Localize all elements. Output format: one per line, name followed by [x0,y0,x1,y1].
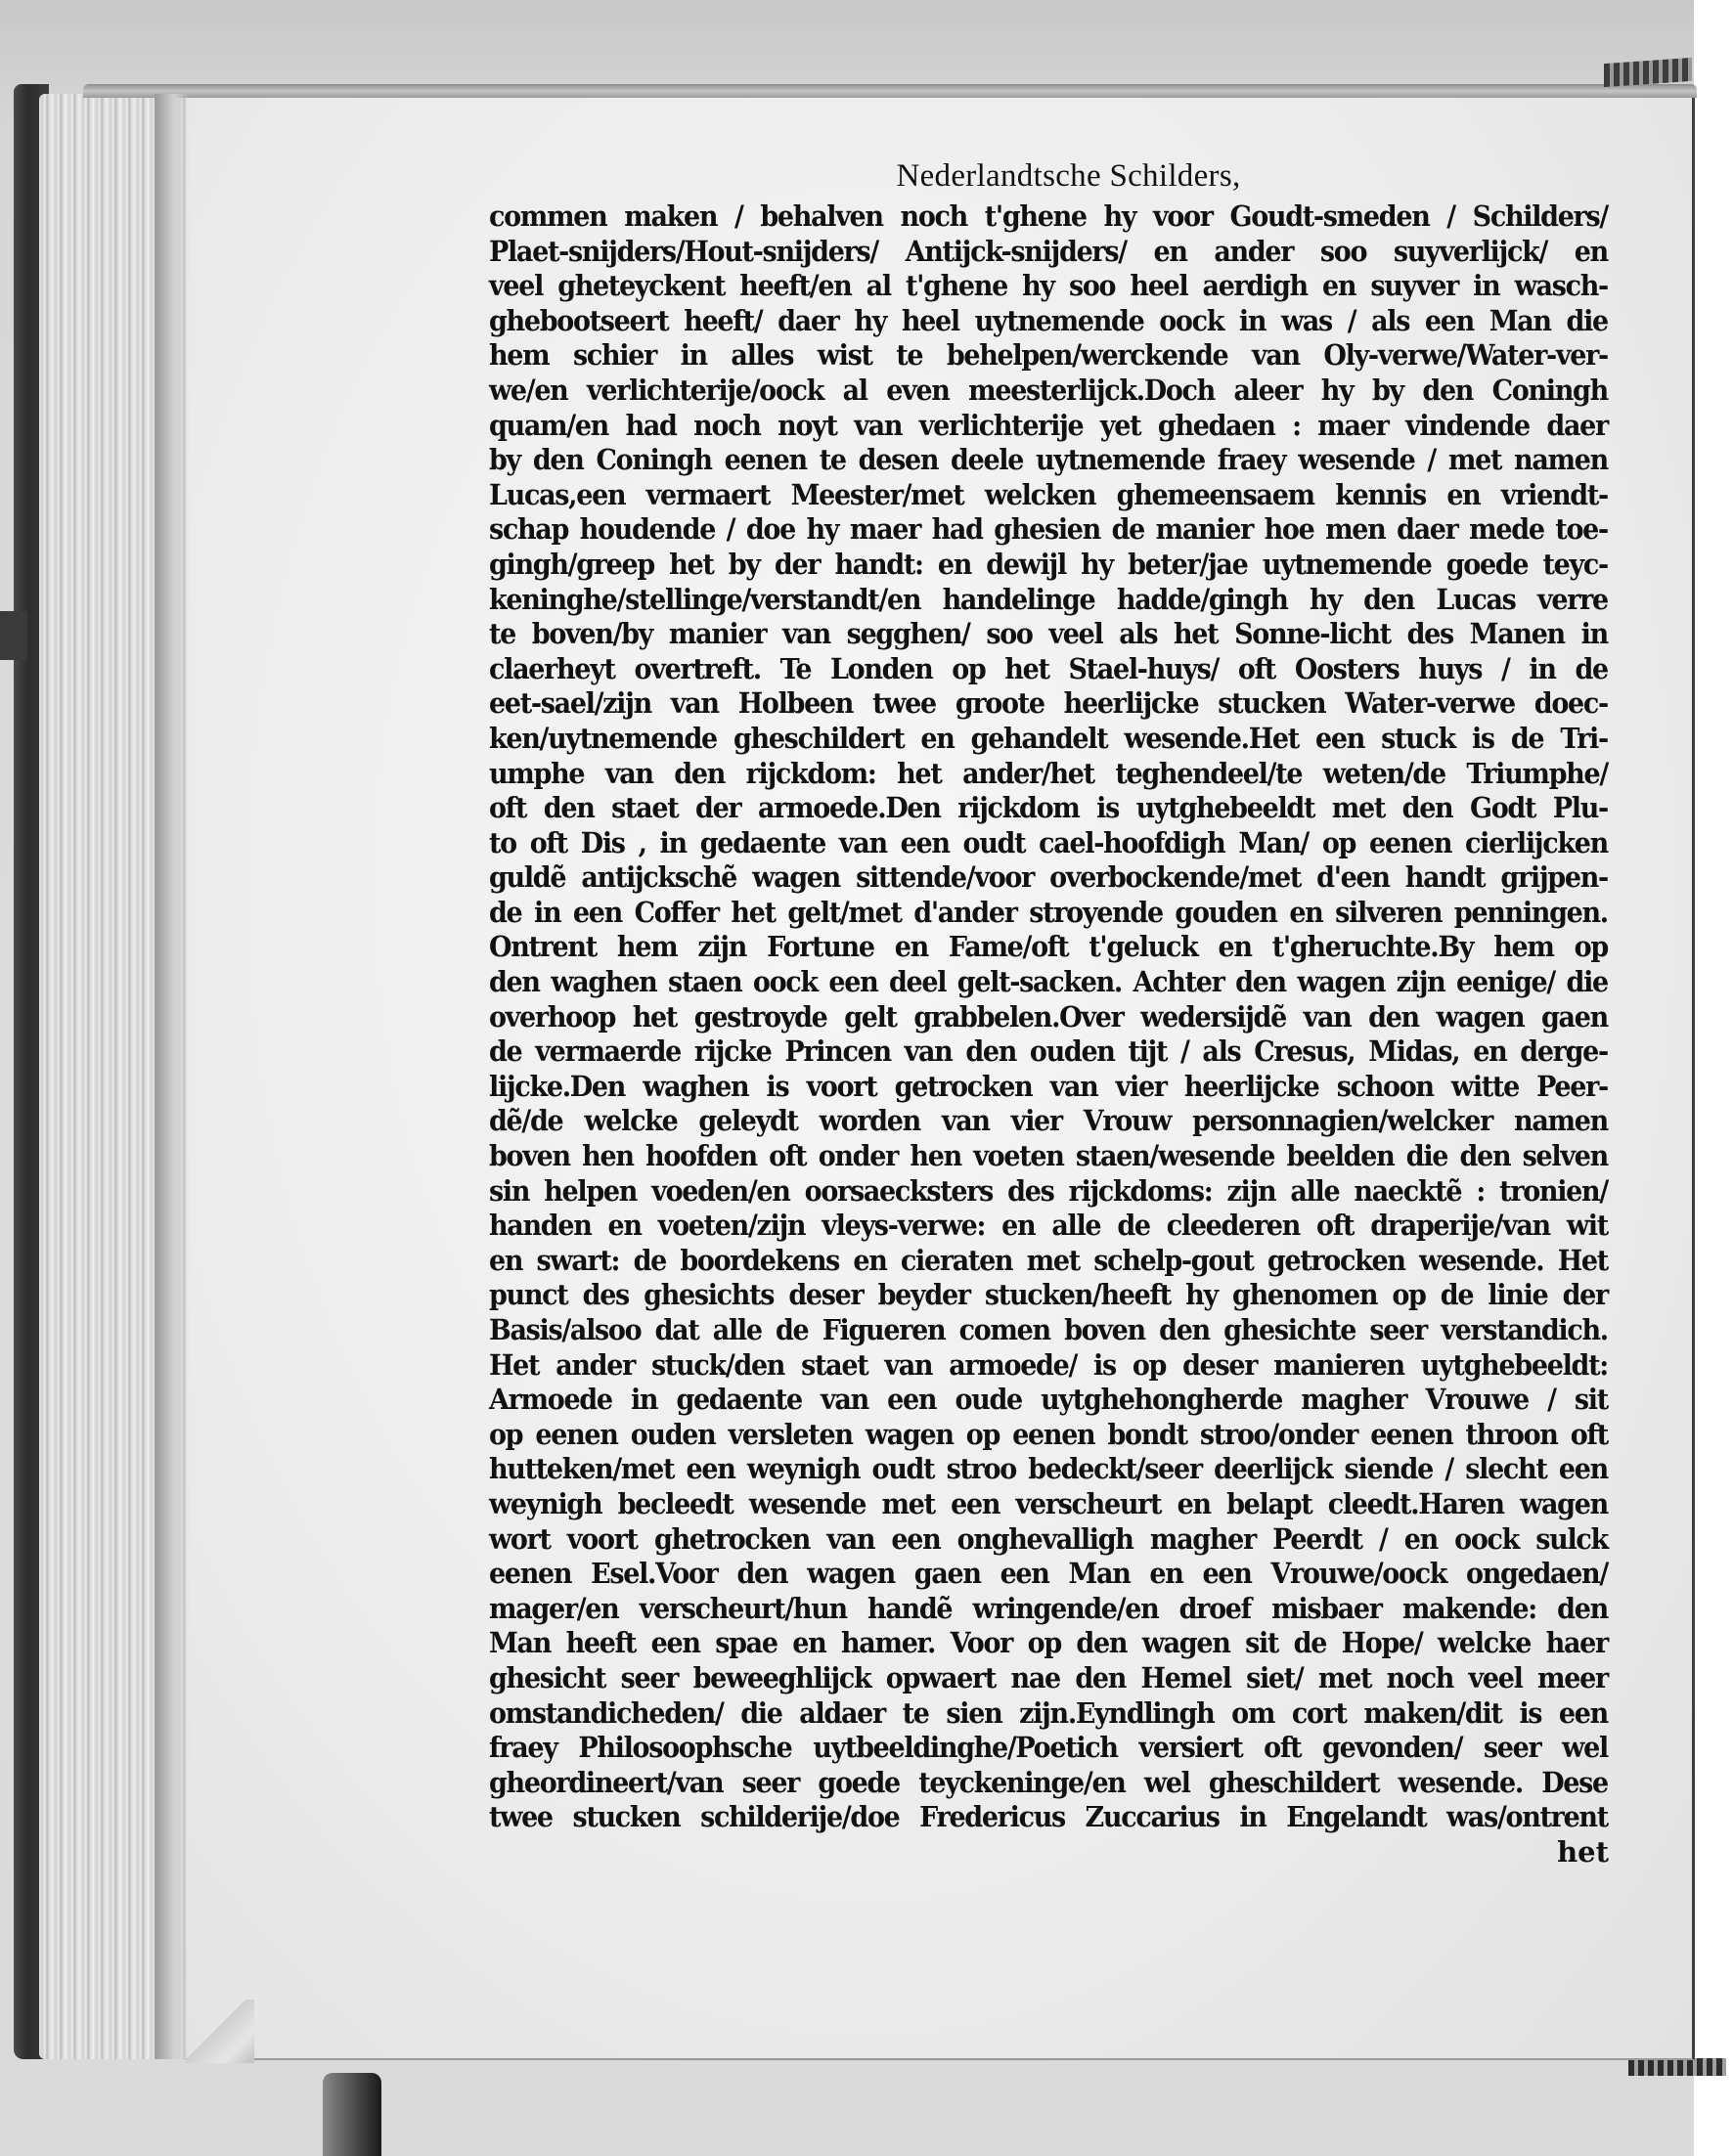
text-line: quam/en had noch noyt van verlichterije … [489,409,1608,444]
bookmark-ribbon-left [0,611,27,660]
text-line: twee stucken schilderije/doe Fredericus … [489,1800,1608,1835]
text-line: Lucas,een vermaert Meester/met welcken g… [489,478,1608,513]
text-line: boven hen hoofden oft onder hen voeten s… [489,1139,1608,1174]
text-line: eenen Esel.Voor den wagen gaen een Man e… [489,1557,1608,1592]
text-line: Ontrent hem zijn Fortune en Fame/oft t'g… [489,930,1608,965]
text-line: punct des ghesichts deser beyder stucken… [489,1278,1608,1313]
body-text: commen maken / behalven noch t'ghene hy … [489,199,1609,1835]
text-line: veel gheteyckent heeft/en al t'ghene hy … [489,269,1608,304]
text-line: Armoede in gedaente van een oude uytgheh… [489,1383,1608,1418]
text-line: eet-sael/zijn van Holbeen twee groote he… [489,686,1608,722]
text-line: mager/en verscheurt/hun handẽ wringende/… [489,1592,1608,1627]
text-line: oft den staet der armoede.Den rijckdom i… [489,791,1608,826]
text-line: en swart: de boordekens en cieraten met … [489,1244,1608,1279]
text-line: fraey Philosoophsche uytbeeldinghe/Poeti… [489,1731,1608,1766]
text-line: hutteken/met een weynigh oudt stroo bede… [489,1452,1608,1487]
text-line: op eenen ouden versleten wagen op eenen … [489,1418,1608,1453]
text-line: keninghe/stellinge/verstandt/en handelin… [489,583,1608,618]
text-line: overhoop het gestroyde gelt grabbelen.Ov… [489,1000,1608,1035]
text-line: de vermaerde rijcke Princen van den oude… [489,1034,1608,1070]
text-line: schap houdende / doe hy maer had ghesien… [489,512,1608,548]
text-line: weynigh becleedt wesende met een versche… [489,1487,1608,1522]
text-line: omstandicheden/ die aldaer te sien zijn.… [489,1696,1608,1732]
text-line: te boven/by manier van segghen/ soo veel… [489,617,1608,652]
text-line: lijcke.Den waghen is voort getrocken van… [489,1070,1608,1105]
headband-bottom [1628,2058,1726,2076]
text-line: de in een Coffer het gelt/met d'ander st… [489,896,1608,931]
text-line: Het ander stuck/den staet van armoede/ i… [489,1348,1608,1384]
text-line: guldẽ antijckschẽ wagen sittende/voor ov… [489,860,1608,896]
text-line: claerheyt overtreft. Te Londen op het St… [489,652,1608,687]
text-line: by den Coningh eenen te desen deele uytn… [489,443,1608,478]
text-line: handen en voeten/zijn vleys-verwe: en al… [489,1209,1608,1244]
text-line: den waghen staen oock een deel gelt-sack… [489,965,1608,1000]
text-line: commen maken / behalven noch t'ghene hy … [489,199,1608,235]
text-line: gingh/greep het by der handt: en dewijl … [489,548,1608,583]
text-line: ghebootseert heeft/ daer hy heel uytneme… [489,304,1608,339]
text-line: Man heeft een spae en hamer. Voor op den… [489,1626,1608,1661]
book-top-edge [83,84,1697,98]
text-line: we/en verlichterije/oock al even meester… [489,374,1608,409]
bookmark-ribbon-bottom [323,2073,381,2156]
text-line: ken/uytnemende gheschildert en gehandelt… [489,722,1608,757]
text-line: gheordineert/van seer goede teyckeninge/… [489,1766,1608,1801]
text-line: ghesicht seer beweeghlijck opwaert nae d… [489,1661,1608,1696]
text-line: dẽ/de welcke geleydt worden van vier Vro… [489,1104,1608,1139]
text-line: wort voort ghetrocken van een onghevalli… [489,1522,1608,1558]
page-corner-fold [186,2000,254,2063]
text-line: Basis/alsoo dat alle de Figueren comen b… [489,1313,1608,1348]
running-head: Nederlandtsche Schilders, [489,158,1609,199]
text-line: hem schier in alles wist te behelpen/wer… [489,338,1608,374]
text-line: sin helpen voeden/en oorsaecksters des r… [489,1174,1608,1210]
page-text-block: Nederlandtsche Schilders, commen maken /… [489,158,1609,1870]
scan-margin [1694,0,1733,2156]
catchword: het [489,1835,1609,1870]
text-line: to oft Dis , in gedaente van een oudt ca… [489,826,1608,861]
text-line: umphe van den rijckdom: het ander/het te… [489,757,1608,792]
text-line: Plaet-snijders/Hout-snijders/ Antijck-sn… [489,235,1608,270]
gutter-shadow [155,94,190,2059]
